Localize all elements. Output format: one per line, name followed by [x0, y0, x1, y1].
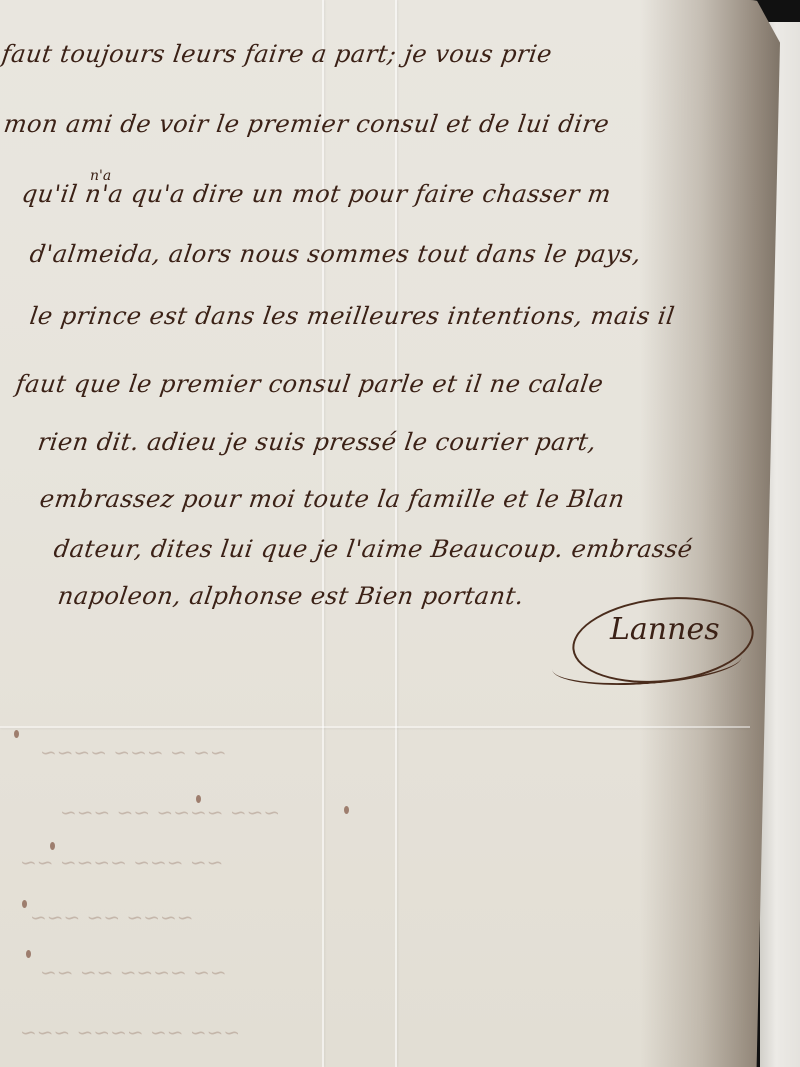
- photo-scene: faut toujours leurs faire a part; je vou…: [0, 0, 800, 1067]
- horizontal-fold: [0, 726, 750, 728]
- ink-spot: [344, 806, 349, 814]
- letter-line-7: rien dit. adieu je suis pressé le courie…: [36, 428, 598, 456]
- vertical-fold: [395, 0, 397, 1067]
- letter-line-9: dateur, dites lui que je l'aime Beaucoup…: [52, 535, 695, 563]
- letter-line-5: le prince est dans les meilleures intent…: [28, 302, 676, 330]
- letter-line-1: faut toujours leurs faire a part; je vou…: [0, 40, 554, 68]
- letter-line-10: napoleon, alphonse est Bien portant.: [56, 582, 526, 610]
- ink-spot: [196, 795, 201, 803]
- letter-line-4: d'almeida, alors nous sommes tout dans l…: [28, 240, 643, 268]
- letter-line-3: qu'il n'a qu'a dire un mot pour faire ch…: [20, 180, 613, 208]
- bleed-through-text: ~~ ~ ~~~ ~~~~: [40, 740, 227, 764]
- vertical-fold: [322, 0, 324, 1067]
- ink-spot: [22, 900, 27, 908]
- letter-line-6: faut que le premier consul parle et il n…: [14, 370, 605, 398]
- bleed-through-text: ~~~ ~~~~ ~~ ~~~: [60, 800, 280, 824]
- letter-page: faut toujours leurs faire a part; je vou…: [0, 0, 780, 1067]
- bleed-through-text: ~~~~ ~~ ~~~: [30, 905, 194, 929]
- ink-spot: [14, 730, 19, 738]
- letter-line-2: mon ami de voir le premier consul et de …: [2, 110, 611, 138]
- letter-line-8: embrassez pour moi toute la famille et l…: [38, 485, 627, 513]
- bleed-through-text: ~~~ ~~ ~~~~ ~~~: [20, 1020, 240, 1044]
- bleed-through-text: ~~ ~~~~ ~~ ~~: [40, 960, 227, 984]
- ink-spot: [50, 842, 55, 850]
- bleed-through-text: ~~ ~~~ ~~~~ ~~: [20, 850, 223, 874]
- signature: Lannes: [610, 612, 720, 647]
- ink-spot: [26, 950, 31, 958]
